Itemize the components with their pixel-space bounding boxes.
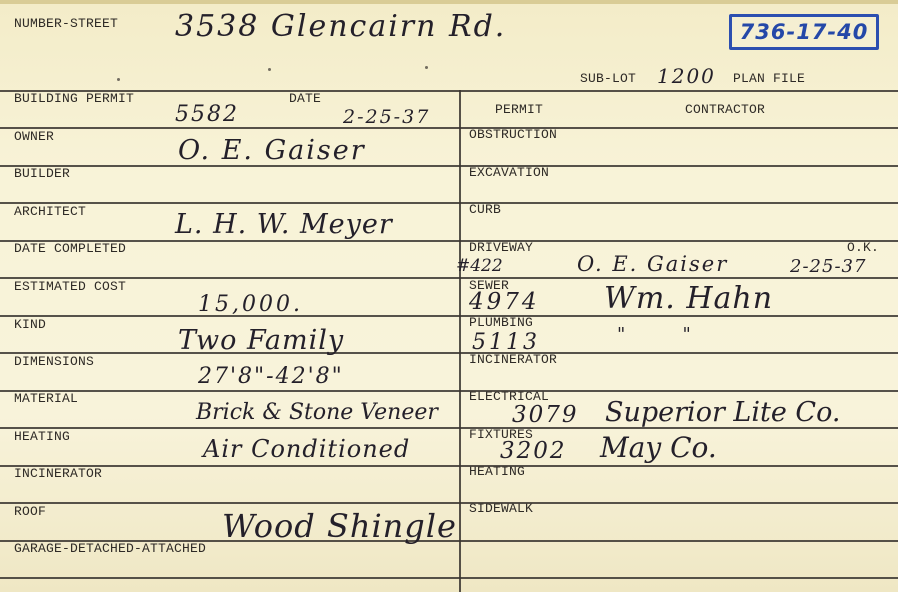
driveway-permit-number: #422 [456, 258, 503, 275]
row-divider [0, 202, 898, 204]
row-divider [0, 352, 898, 354]
driveway-contractor: O. E. Gaiser [577, 254, 728, 275]
architect-label: ARCHITECT [14, 205, 86, 219]
row-divider [0, 277, 898, 279]
plan-file-label: PLAN FILE [733, 72, 805, 86]
builder-label: BUILDER [14, 167, 70, 181]
row-divider [0, 502, 898, 504]
owner-label: OWNER [14, 130, 54, 144]
sewer-permit-number: 4974 [469, 291, 540, 314]
file-number-stamp: 736-17-40 [729, 14, 879, 50]
electrical-contractor: Superior Lite Co. [605, 399, 840, 426]
curb-label: CURB [469, 203, 501, 217]
estimated-cost-value: 15,000. [198, 294, 303, 316]
excavation-label: EXCAVATION [469, 166, 549, 180]
electrical-permit-number: 3079 [512, 404, 579, 427]
number-street-value: 3538 Glencairn Rd. [175, 12, 506, 42]
plumbing-contractor: " " [617, 326, 691, 344]
row-divider [0, 465, 898, 467]
number-street-label: NUMBER-STREET [14, 17, 118, 31]
heating-value: Air Conditioned [203, 437, 410, 461]
fixtures-contractor: May Co. [600, 434, 717, 462]
permit-column-header: PERMIT [495, 103, 543, 117]
dimensions-value: 27'8"-42'8" [198, 366, 344, 388]
building-permit-value: 5582 [175, 104, 239, 126]
architect-value: L. H. W. Meyer [175, 211, 393, 238]
row-divider [0, 127, 898, 129]
heating-permit-label: HEATING [469, 465, 525, 479]
row-divider [0, 577, 898, 579]
card-top-edge [0, 0, 898, 4]
ok-label: O.K. [847, 241, 879, 255]
owner-value: O. E. Gaiser [178, 137, 366, 164]
plumbing-label: PLUMBING [469, 316, 533, 330]
roof-label: ROOF [14, 505, 46, 519]
estimated-cost-label: ESTIMATED COST [14, 280, 126, 294]
material-label: MATERIAL [14, 392, 78, 406]
sidewalk-label: SIDEWALK [469, 502, 533, 516]
fixtures-permit-number: 3202 [500, 440, 567, 463]
date-value: 2-25-37 [343, 108, 430, 127]
roof-value: Wood Shingle [222, 510, 457, 542]
garage-label: GARAGE-DETACHED-ATTACHED [14, 542, 206, 556]
driveway-label: DRIVEWAY [469, 241, 533, 255]
material-value: Brick & Stone Veneer [196, 402, 438, 424]
dimensions-label: DIMENSIONS [14, 355, 94, 369]
heating-label: HEATING [14, 430, 70, 444]
driveway-date: 2-25-37 [790, 258, 866, 276]
date-completed-label: DATE COMPLETED [14, 242, 126, 256]
plumbing-permit-number: 5113 [472, 332, 540, 354]
building-permit-label: BUILDING PERMIT [14, 92, 134, 106]
column-divider [459, 90, 461, 592]
row-divider [0, 390, 898, 392]
obstruction-label: OBSTRUCTION [469, 128, 557, 142]
kind-label: KIND [14, 318, 46, 332]
sublot-value: 1200 [657, 66, 716, 86]
contractor-column-header: CONTRACTOR [685, 103, 765, 117]
permit-card: NUMBER-STREET 3538 Glencairn Rd. 736-17-… [0, 0, 898, 592]
row-divider [0, 240, 898, 242]
row-divider [0, 90, 898, 92]
incinerator-permit-label: INCINERATOR [469, 353, 557, 367]
incinerator-label: INCINERATOR [14, 467, 102, 481]
date-label: DATE [289, 92, 321, 106]
row-divider [0, 165, 898, 167]
sewer-contractor: Wm. Hahn [604, 284, 773, 314]
kind-value: Two Family [178, 327, 344, 354]
sublot-label: SUB-LOT [580, 72, 636, 86]
